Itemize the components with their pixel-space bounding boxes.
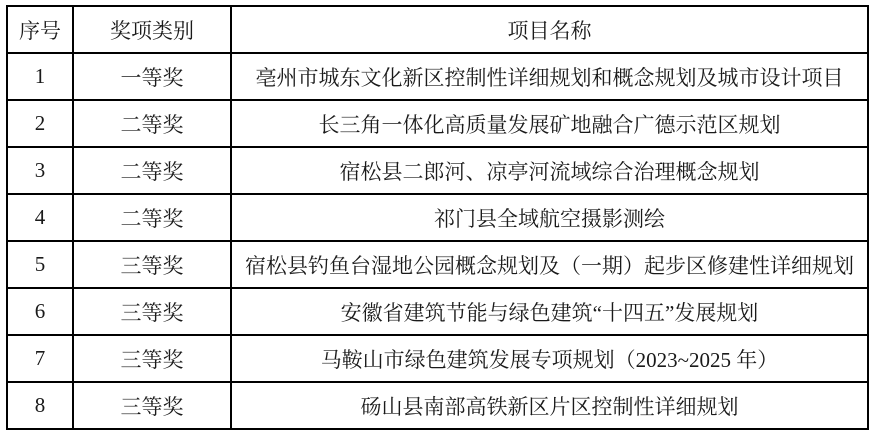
table-row: 2 二等奖 长三角一体化高质量发展矿地融合广德示范区规划: [7, 100, 868, 147]
table-row: 4 二等奖 祁门县全域航空摄影测绘: [7, 194, 868, 241]
cell-project: 祁门县全域航空摄影测绘: [231, 194, 868, 241]
cell-no: 2: [7, 100, 73, 147]
cell-no: 5: [7, 241, 73, 288]
cell-project: 砀山县南部高铁新区片区控制性详细规划: [231, 382, 868, 429]
column-header-no: 序号: [7, 6, 73, 53]
table-row: 5 三等奖 宿松县钓鱼台湿地公园概念规划及（一期）起步区修建性详细规划: [7, 241, 868, 288]
cell-award: 二等奖: [73, 100, 231, 147]
cell-project: 安徽省建筑节能与绿色建筑“十四五”发展规划: [231, 288, 868, 335]
table-row: 8 三等奖 砀山县南部高铁新区片区控制性详细规划: [7, 382, 868, 429]
cell-no: 4: [7, 194, 73, 241]
table-row: 6 三等奖 安徽省建筑节能与绿色建筑“十四五”发展规划: [7, 288, 868, 335]
cell-project: 长三角一体化高质量发展矿地融合广德示范区规划: [231, 100, 868, 147]
cell-project: 亳州市城东文化新区控制性详细规划和概念规划及城市设计项目: [231, 53, 868, 100]
cell-award: 二等奖: [73, 147, 231, 194]
cell-award: 一等奖: [73, 53, 231, 100]
cell-no: 3: [7, 147, 73, 194]
cell-award: 三等奖: [73, 335, 231, 382]
table-row: 1 一等奖 亳州市城东文化新区控制性详细规划和概念规划及城市设计项目: [7, 53, 868, 100]
column-header-project-name: 项目名称: [231, 6, 868, 53]
cell-no: 1: [7, 53, 73, 100]
cell-award: 三等奖: [73, 382, 231, 429]
cell-project: 宿松县钓鱼台湿地公园概念规划及（一期）起步区修建性详细规划: [231, 241, 868, 288]
header-row: 序号 奖项类别 项目名称: [7, 6, 868, 53]
cell-award: 二等奖: [73, 194, 231, 241]
cell-no: 6: [7, 288, 73, 335]
cell-no: 7: [7, 335, 73, 382]
table-row: 7 三等奖 马鞍山市绿色建筑发展专项规划（2023~2025 年）: [7, 335, 868, 382]
cell-project: 宿松县二郎河、凉亭河流域综合治理概念规划: [231, 147, 868, 194]
awards-table: 序号 奖项类别 项目名称 1 一等奖 亳州市城东文化新区控制性详细规划和概念规划…: [6, 5, 869, 430]
cell-award: 三等奖: [73, 241, 231, 288]
cell-project: 马鞍山市绿色建筑发展专项规划（2023~2025 年）: [231, 335, 868, 382]
column-header-award-category: 奖项类别: [73, 6, 231, 53]
cell-award: 三等奖: [73, 288, 231, 335]
table-row: 3 二等奖 宿松县二郎河、凉亭河流域综合治理概念规划: [7, 147, 868, 194]
cell-no: 8: [7, 382, 73, 429]
